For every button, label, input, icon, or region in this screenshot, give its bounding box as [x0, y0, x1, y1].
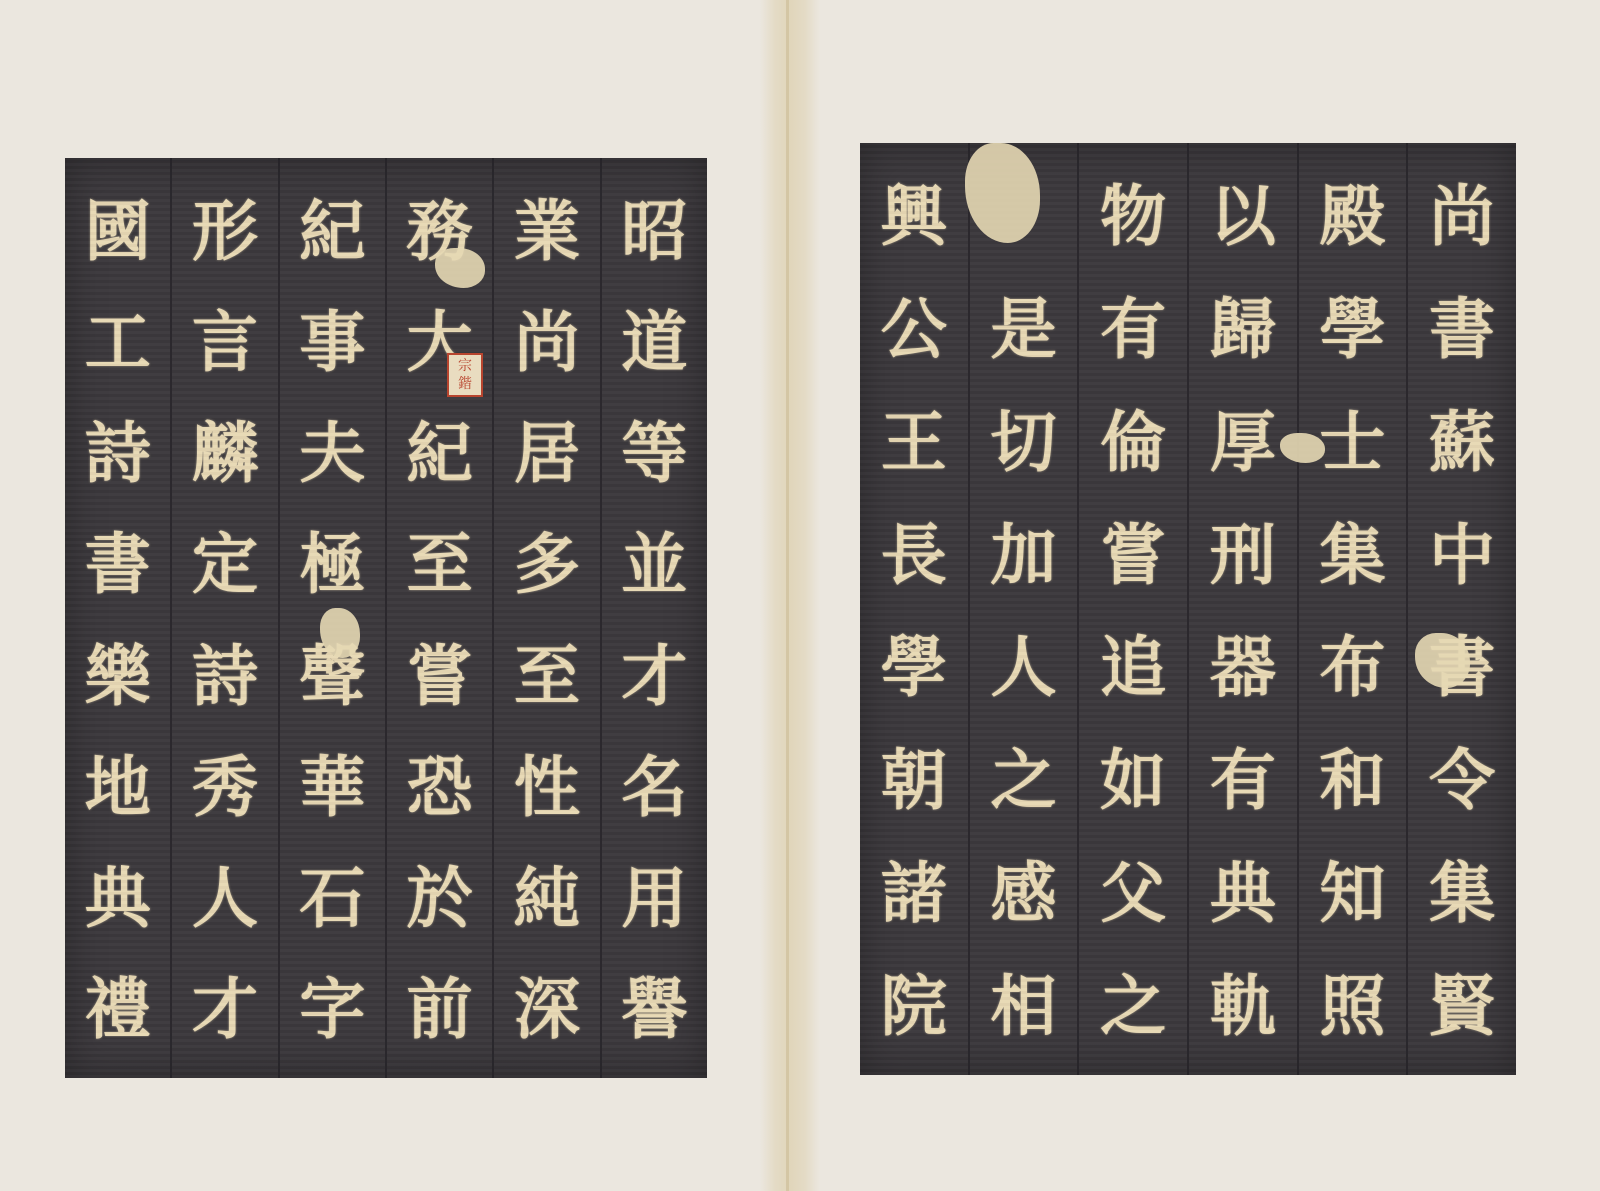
character: 切: [990, 393, 1056, 491]
character: 深: [514, 960, 580, 1058]
character: 歸: [1210, 280, 1276, 378]
character: 典: [85, 849, 151, 947]
character: 軌: [1210, 957, 1276, 1055]
character: 殿: [1319, 167, 1385, 265]
character: 公: [881, 280, 947, 378]
character: 才: [621, 627, 687, 725]
character: 布: [1319, 618, 1385, 716]
character: 之: [990, 731, 1056, 829]
seal-char: 鍇: [458, 375, 472, 393]
character: 前: [407, 960, 473, 1058]
character: 諸: [881, 844, 947, 942]
character: 知: [1319, 844, 1385, 942]
character: 純: [514, 849, 580, 947]
character: 和: [1319, 731, 1385, 829]
character: 恐: [407, 738, 473, 836]
character: 用: [621, 849, 687, 947]
character: 言: [192, 293, 258, 391]
character: 名: [621, 738, 687, 836]
character: 厚: [1210, 393, 1276, 491]
center-fold: [786, 0, 789, 1191]
character: 感: [990, 844, 1056, 942]
character: 如: [1100, 731, 1166, 829]
character: 於: [407, 849, 473, 947]
character: 嘗: [407, 627, 473, 725]
character: 長: [881, 506, 947, 604]
character: 字: [299, 960, 365, 1058]
character: 器: [1210, 618, 1276, 716]
character: 石: [299, 849, 365, 947]
character: 樂: [85, 627, 151, 725]
character: 學: [881, 618, 947, 716]
right-column-1: 尚 書 蘇 中 書 令 集 賢: [1406, 143, 1516, 1075]
character: 麟: [192, 404, 258, 502]
left-column-2: 業 尚 居 多 至 性 純 深: [492, 158, 599, 1078]
character: 至: [407, 515, 473, 613]
left-column-3: 務 大 紀 至 嘗 恐 於 前: [385, 158, 492, 1078]
seal-char: 宗: [458, 357, 472, 375]
album-spread: 昭 道 等 並 才 名 用 譽 業 尚 居 多 至 性 純 深 務 大: [0, 0, 1600, 1191]
character: 定: [192, 515, 258, 613]
character: 倫: [1100, 393, 1166, 491]
character: 尚: [1429, 167, 1495, 265]
character: 典: [1210, 844, 1276, 942]
character: 譽: [621, 960, 687, 1058]
left-column-5: 形 言 麟 定 詩 秀 人 才: [170, 158, 277, 1078]
character: 蘇: [1429, 393, 1495, 491]
character: 令: [1429, 731, 1495, 829]
character: 道: [621, 293, 687, 391]
character: 以: [1210, 167, 1276, 265]
character: 性: [514, 738, 580, 836]
character: 秀: [192, 738, 258, 836]
right-column-5: 是 切 加 人 之 感 相: [968, 143, 1078, 1075]
character: 加: [990, 506, 1056, 604]
character: 地: [85, 738, 151, 836]
character: 國: [85, 182, 151, 280]
character: 等: [621, 404, 687, 502]
character: 集: [1429, 844, 1495, 942]
character: 照: [1319, 957, 1385, 1055]
left-column-6: 國 工 詩 書 樂 地 典 禮: [65, 158, 170, 1078]
character: 追: [1100, 618, 1166, 716]
character: 居: [514, 404, 580, 502]
character: 物: [1100, 167, 1166, 265]
character: 昭: [621, 182, 687, 280]
character: 朝: [881, 731, 947, 829]
character: 院: [881, 957, 947, 1055]
character: 集: [1319, 506, 1385, 604]
character: 人: [990, 618, 1056, 716]
character: 書: [1429, 280, 1495, 378]
character: 紀: [407, 404, 473, 502]
character: 至: [514, 627, 580, 725]
left-rubbing-panel: 昭 道 等 並 才 名 用 譽 業 尚 居 多 至 性 純 深 務 大: [65, 158, 707, 1078]
character: 詩: [192, 627, 258, 725]
character: 學: [1319, 280, 1385, 378]
character: 事: [299, 293, 365, 391]
character: 之: [1100, 957, 1166, 1055]
character: 禮: [85, 960, 151, 1058]
character: 夫: [299, 404, 365, 502]
character: 是: [990, 280, 1056, 378]
left-column-1: 昭 道 等 並 才 名 用 譽: [600, 158, 707, 1078]
character: 有: [1210, 731, 1276, 829]
character: 有: [1100, 280, 1166, 378]
character: 士: [1319, 393, 1385, 491]
character: 嘗: [1100, 506, 1166, 604]
character: 紀: [299, 182, 365, 280]
character: 相: [990, 957, 1056, 1055]
character: 父: [1100, 844, 1166, 942]
right-rubbing-panel: 尚 書 蘇 中 書 令 集 賢 殿 學 士 集 布 和 知 照 以 歸: [860, 143, 1516, 1075]
character: 尚: [514, 293, 580, 391]
character: 書: [85, 515, 151, 613]
right-column-2: 殿 學 士 集 布 和 知 照: [1297, 143, 1407, 1075]
right-column-4: 物 有 倫 嘗 追 如 父 之: [1077, 143, 1187, 1075]
character: 興: [881, 167, 947, 265]
right-column-6: 興 公 王 長 學 朝 諸 院: [860, 143, 968, 1075]
character: 多: [514, 515, 580, 613]
left-columns: 昭 道 等 並 才 名 用 譽 業 尚 居 多 至 性 純 深 務 大: [65, 158, 707, 1078]
character: 華: [299, 738, 365, 836]
character: 工: [85, 293, 151, 391]
collector-seal: 宗 鍇: [447, 353, 483, 397]
right-columns: 尚 書 蘇 中 書 令 集 賢 殿 學 士 集 布 和 知 照 以 歸: [860, 143, 1516, 1075]
character: 並: [621, 515, 687, 613]
character: 業: [514, 182, 580, 280]
character: 刑: [1210, 506, 1276, 604]
character: 王: [881, 393, 947, 491]
character: 詩: [85, 404, 151, 502]
character: 賢: [1429, 957, 1495, 1055]
character: 形: [192, 182, 258, 280]
character: 人: [192, 849, 258, 947]
character: 才: [192, 960, 258, 1058]
character: 中: [1429, 506, 1495, 604]
character: 極: [299, 515, 365, 613]
right-column-3: 以 歸 厚 刑 器 有 典 軌: [1187, 143, 1297, 1075]
